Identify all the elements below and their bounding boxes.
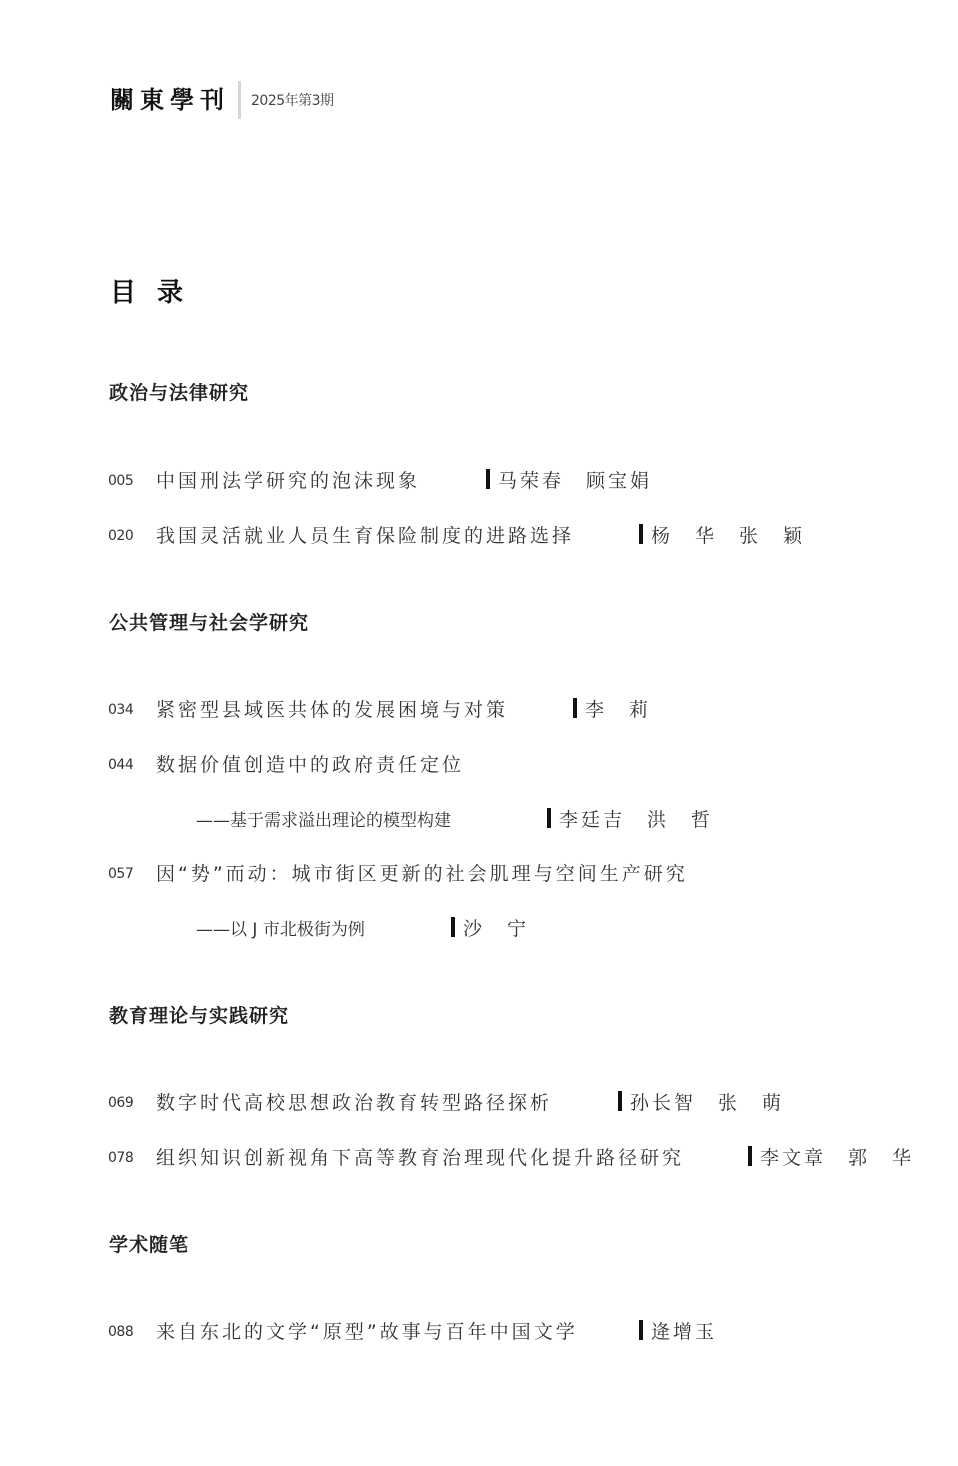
author-name: 李廷吉 [559, 805, 625, 832]
toc-entry[interactable]: 078 组织知识创新视角下高等教育治理现代化提升路径研究 [108, 1142, 684, 1170]
author-bar-marker [639, 1320, 643, 1340]
author-bar-marker [486, 469, 490, 489]
author-name: 杨 华 [651, 521, 717, 548]
author-list: 马荣春 顾宝娟 [486, 465, 652, 493]
toc-entry[interactable]: 069 数字时代高校思想政治教育转型路径探析 [108, 1087, 552, 1115]
author-name: 顾宝娟 [586, 466, 652, 493]
author-name: 逄增玉 [651, 1317, 717, 1344]
author-bar-marker [639, 524, 643, 544]
article-title[interactable]: 组织知识创新视角下高等教育治理现代化提升路径研究 [156, 1143, 684, 1170]
page-number: 034 [108, 698, 156, 718]
author-list: 杨 华 张 颖 [639, 520, 805, 548]
author-list: 李 莉 [573, 694, 651, 722]
toc-entry[interactable]: 005 中国刑法学研究的泡沫现象 [108, 465, 420, 493]
article-title[interactable]: 中国刑法学研究的泡沫现象 [156, 466, 420, 493]
author-bar-marker [573, 698, 577, 718]
page-number: 044 [108, 753, 156, 773]
author-name: 李 莉 [585, 695, 651, 722]
article-title[interactable]: 我国灵活就业人员生育保险制度的进路选择 [156, 521, 574, 548]
author-name: 洪 哲 [647, 805, 713, 832]
author-name: 郭 华 [848, 1143, 914, 1170]
toc-entry[interactable]: 020 我国灵活就业人员生育保险制度的进路选择 [108, 520, 574, 548]
article-title[interactable]: 数据价值创造中的政府责任定位 [156, 750, 464, 777]
author-name: 张 萌 [718, 1088, 784, 1115]
section-title: 学术随笔 [109, 1230, 189, 1257]
toc-entry[interactable]: 034 紧密型县域医共体的发展困境与对策 [108, 694, 508, 722]
author-bar-marker [547, 808, 551, 828]
toc-entry[interactable]: 088 来自东北的文学“原型”故事与百年中国文学 [108, 1316, 578, 1344]
author-name: 马荣春 [498, 466, 564, 493]
author-name: 张 颖 [739, 521, 805, 548]
author-list: 沙 宁 [451, 913, 529, 941]
section-title: 公共管理与社会学研究 [109, 608, 309, 635]
article-title[interactable]: 因“势”而动：城市街区更新的社会肌理与空间生产研究 [156, 859, 688, 886]
author-bar-marker [748, 1146, 752, 1166]
author-list: 李文章 郭 华 [748, 1142, 914, 1170]
toc-entry[interactable]: 057 因“势”而动：城市街区更新的社会肌理与空间生产研究 [108, 858, 688, 886]
article-subtitle: ——以 J 市北极街为例 [196, 913, 365, 941]
article-title[interactable]: 数字时代高校思想政治教育转型路径探析 [156, 1088, 552, 1115]
page-number: 020 [108, 524, 156, 544]
article-subtitle: ——基于需求溢出理论的模型构建 [196, 804, 451, 832]
author-bar-marker [451, 917, 455, 937]
journal-logo: 關東學刊 [110, 88, 230, 112]
section-title: 教育理论与实践研究 [109, 1001, 289, 1028]
author-list: 李廷吉 洪 哲 [547, 804, 713, 832]
author-list: 孙长智 张 萌 [618, 1087, 784, 1115]
header-divider [238, 81, 241, 119]
page-number: 057 [108, 862, 156, 882]
author-bar-marker [618, 1091, 622, 1111]
section-title: 政治与法律研究 [109, 378, 249, 405]
page-number: 069 [108, 1091, 156, 1111]
article-title[interactable]: 来自东北的文学“原型”故事与百年中国文学 [156, 1317, 578, 1344]
author-name: 沙 宁 [463, 914, 529, 941]
toc-entry[interactable]: 044 数据价值创造中的政府责任定位 [108, 749, 464, 777]
author-list: 逄增玉 [639, 1316, 717, 1344]
author-name: 李文章 [760, 1143, 826, 1170]
journal-header: 關東學刊 2025年第3期 [110, 80, 334, 120]
page-number: 005 [108, 469, 156, 489]
issue-label: 2025年第3期 [251, 90, 334, 110]
toc-title: 目 录 [110, 272, 189, 309]
page-number: 088 [108, 1320, 156, 1340]
page-number: 078 [108, 1146, 156, 1166]
article-title[interactable]: 紧密型县域医共体的发展困境与对策 [156, 695, 508, 722]
author-name: 孙长智 [630, 1088, 696, 1115]
